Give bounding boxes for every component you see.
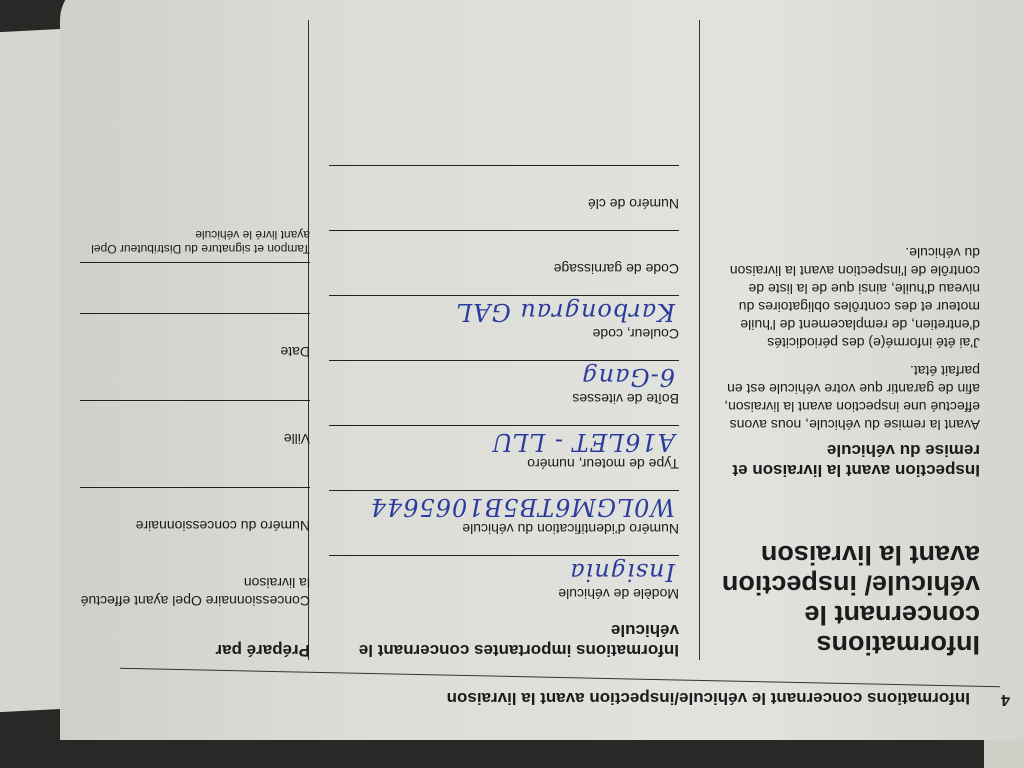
field-engine: Type de moteur, numéro A16LET - LLU [329, 425, 679, 472]
stamp-area: Tampon et signature du Distributeur Opel… [80, 228, 310, 293]
paragraph: J'ai été informé(e) des périodicités d'e… [720, 244, 980, 352]
field-vin: Numéro d'identification du véhicule W0LG… [329, 490, 679, 537]
running-title: Informations concernant le véhicule/insp… [447, 688, 970, 708]
body-text: Avant la remise du véhicule, nous avons … [720, 244, 980, 434]
field-model: Modèle de véhicule Insignia [329, 555, 679, 602]
field-key-number: Numéro de clé [329, 165, 679, 212]
middle-column: Informations importantes concernant le v… [308, 20, 700, 660]
handwritten-gearbox: 6-Gang [581, 363, 675, 391]
handwritten-model: Insignia [569, 558, 675, 586]
field-color: Couleur, code Karbongrau GAL [329, 295, 679, 342]
main-title: Informations concernant le véhicule/ ins… [720, 540, 980, 660]
handwritten-color: Karbongrau GAL [455, 298, 675, 326]
right-column: Préparé par Concessionnaire Opel ayant e… [80, 210, 310, 660]
left-column: Informations concernant le véhicule/ ins… [720, 234, 980, 660]
paragraph: Avant la remise du véhicule, nous avons … [720, 362, 980, 434]
prepared-by-title: Préparé par [80, 640, 310, 660]
vehicle-info-title: Informations importantes concernant le v… [329, 620, 679, 660]
field-trim-code: Code de garnissage [329, 230, 679, 277]
field-gearbox: Boîte de vitesses 6-Gang [329, 360, 679, 407]
field-dealer-number: Numéro du concessionnaire [80, 487, 310, 534]
handwritten-vin: W0LGM6TB5B1065644 [370, 493, 675, 521]
document-page: 4 Informations concernant le véhicule/in… [60, 0, 1024, 740]
section-title: Inspection avant la livraison et remise … [720, 440, 980, 480]
handwritten-engine: A16LET - LLU [492, 428, 676, 456]
stamp-label: Tampon et signature du Distributeur Opel… [80, 228, 310, 256]
field-date: Date [80, 313, 310, 360]
page-header: 4 Informations concernant le véhicule/in… [130, 680, 1024, 730]
page-number: 4 [1001, 690, 1010, 708]
field-city: Ville [80, 400, 310, 447]
dealer-intro: Concessionnaire Opel ayant effectué la l… [80, 574, 310, 610]
